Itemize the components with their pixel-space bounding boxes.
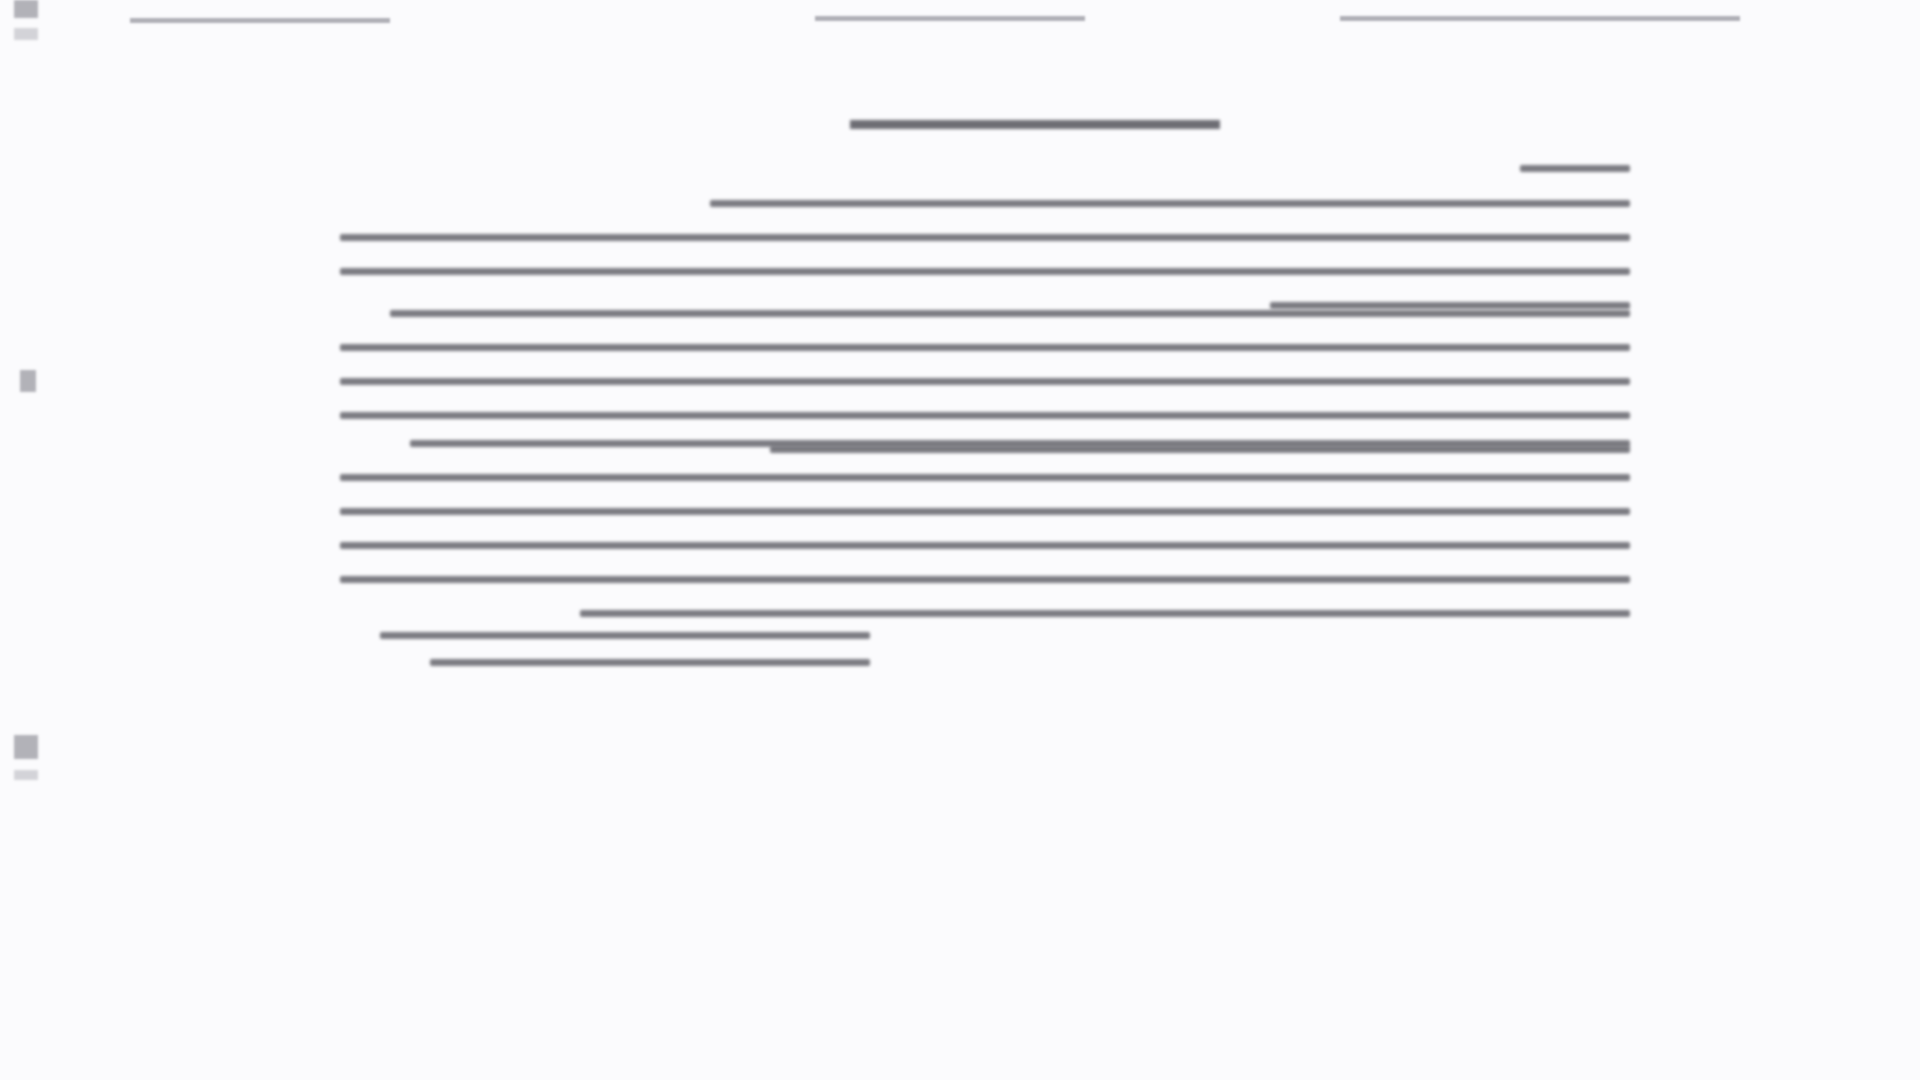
scan-margin-marks [14,0,40,1080]
document-header [0,10,1920,32]
letter-title [850,120,1220,129]
salutation [1520,165,1630,172]
paragraph-3 [340,440,1630,644]
signature-block [380,632,870,666]
